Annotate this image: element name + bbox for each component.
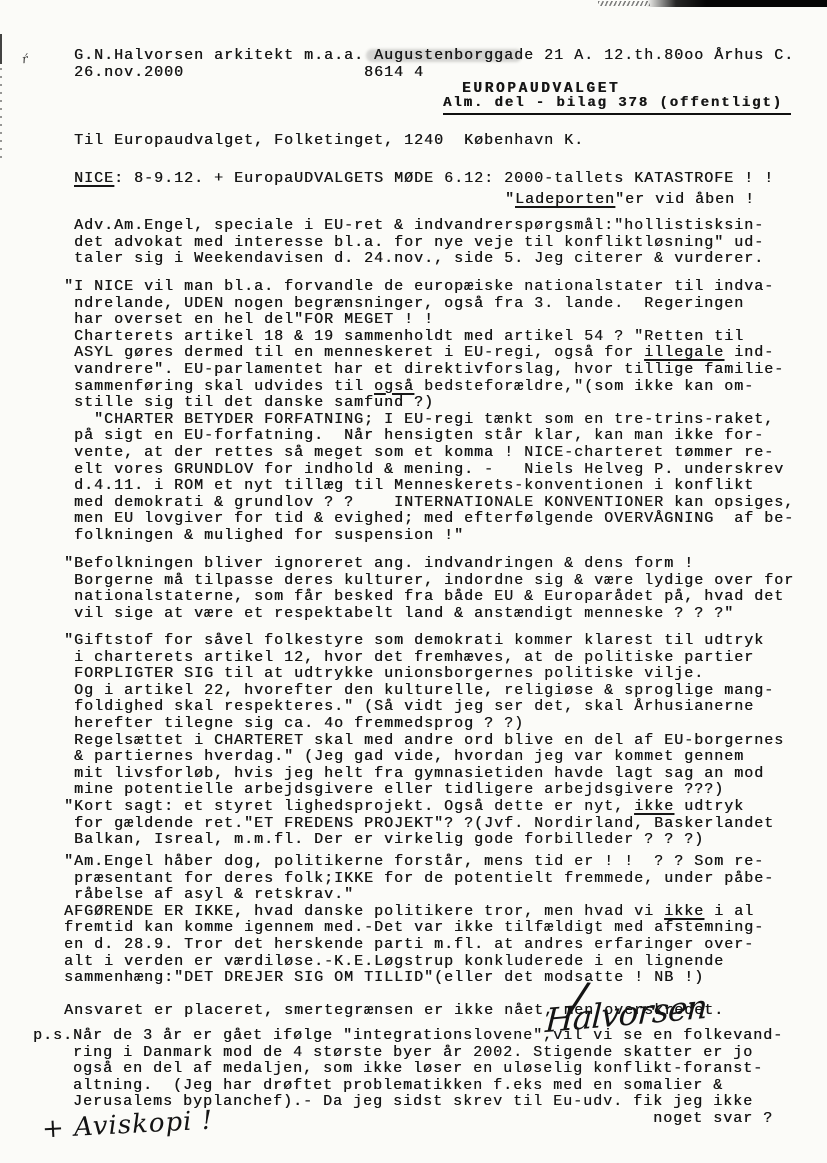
text-segment: fremtid kan komme igennem med.-Det var i…: [64, 919, 764, 936]
document-line: Regelsættet i CHARTERET skal med andre o…: [64, 733, 784, 750]
document-line: Borgerne må tilpasse deres kulturer, ind…: [64, 573, 794, 590]
document-line: 26.nov.2000 8614 4: [74, 65, 794, 82]
text-segment: for gældende ret."ET FREDENS PROJEKT"? ?…: [64, 815, 774, 832]
text-segment: mine potentielle arbejdsgivere eller tid…: [64, 781, 724, 798]
text-segment: nationalstaterne, som får besked fra båd…: [64, 588, 784, 605]
document-line: fremtid kan komme igennem med.-Det var i…: [64, 920, 774, 937]
document-line: det advokat med interesse bl.a. for nye …: [74, 235, 764, 252]
document-line: vil sige at være et respektabelt land & …: [64, 606, 794, 623]
underlined-text: Ladeporten: [515, 191, 615, 208]
text-segment: "Am.Engel håber dog, politikerne forstår…: [64, 853, 764, 870]
document-line: folkningen & mulighed for suspension !": [64, 528, 794, 545]
scan-artifact-left-edge-dots: [0, 68, 2, 160]
befolkningen-paragraph: "Befolkningen bliver ignoreret ang. indv…: [64, 556, 794, 622]
document-line: NICE: 8-9.12. + EuropaUDVALGETS MØDE 6.1…: [74, 171, 774, 188]
text-segment: Til Europaudvalget, Folketinget, 1240 Kø…: [74, 132, 584, 149]
giftstof-paragraph: "Giftstof for såvel folkestyre som demok…: [64, 633, 784, 849]
document-line: "Ladeporten"er vid åben !: [505, 192, 755, 209]
scan-artifact-top-bar-fade: [598, 1, 650, 6]
document-line: "Giftstof for såvel folkestyre som demok…: [64, 633, 784, 650]
text-segment: Charterets artikel 18 & 19 sammenholdt m…: [64, 328, 744, 345]
document-line: stille sig til det danske samfund ?): [64, 395, 794, 412]
text-segment: stille sig til det danske samfund ?): [64, 394, 434, 411]
document-line: mine potentielle arbejdsgivere eller tid…: [64, 782, 784, 799]
document-line: Balkan, Isreal, m.m.fl. Der er virkelig …: [64, 832, 784, 849]
sender-header: G.N.Halvorsen arkitekt m.a.a. Augustenbo…: [74, 48, 794, 81]
document-line: d.4.11. i ROM et nyt tillæg til Menneske…: [64, 478, 794, 495]
text-segment: ndrelande, UDEN nogen begrænsninger, ogs…: [64, 295, 744, 312]
text-segment: Alm. del - bilag 378 (offentligt): [443, 95, 783, 111]
committee-stamp-ref: Alm. del - bilag 378 (offentligt): [443, 96, 791, 115]
text-segment: råbelse af asyl & retskrav.": [64, 886, 354, 903]
document-line: vente, at der rettes så meget som et kom…: [64, 445, 794, 462]
document-line: ring i Danmark mod de 4 største byer år …: [33, 1045, 783, 1062]
document-line: med demokrati & grundlov ? ? INTERNATION…: [64, 495, 794, 512]
text-segment: "er vid åben !: [615, 191, 755, 208]
text-segment: ": [505, 191, 515, 208]
text-segment: på sigt en EU-forfatning. Når hensigten …: [64, 427, 764, 444]
subject-subline: "Ladeporten"er vid åben !: [505, 192, 755, 209]
text-segment: en d. 28.9. Tror det herskende parti m.f…: [64, 936, 754, 953]
recipient-line: Til Europaudvalget, Folketinget, 1240 Kø…: [74, 133, 584, 150]
document-line: ndrelande, UDEN nogen begrænsninger, ogs…: [64, 296, 794, 313]
scan-artifact-top-bar: [646, 0, 827, 7]
document-line: præsentant for deres folk;IKKE for de po…: [64, 871, 774, 888]
underlined-text: illegale: [644, 344, 724, 361]
text-segment: & partiernes hverdag." (Jeg gad vide, hv…: [64, 748, 744, 765]
text-segment: herefter tilegne sig ca. 4o fremmedsprog…: [64, 715, 524, 732]
underlined-text: også: [374, 378, 414, 395]
document-line: har overset en hel del"FOR MEGET ! !: [64, 312, 794, 329]
document-line: for gældende ret."ET FREDENS PROJEKT"? ?…: [64, 816, 784, 833]
letter-body: G.N.Halvorsen arkitekt m.a.a. Augustenbo…: [0, 0, 827, 1163]
scanned-letter-page: { "page": { "background": "#fbfbf8", "in…: [0, 0, 827, 1163]
document-line: en d. 28.9. Tror det herskende parti m.f…: [64, 937, 774, 954]
text-segment: folkningen & mulighed for suspension !": [64, 527, 464, 544]
text-segment: alt i verden er værdiløse.-K.E.Løgstrup …: [64, 953, 724, 970]
text-segment: : 8-9.12. + EuropaUDVALGETS MØDE 6.12: 2…: [114, 170, 774, 187]
document-line: sammenføring skal udvides til også bedst…: [64, 379, 794, 396]
text-segment: sammenhæng:"DET DREJER SIG OM TILLID"(el…: [64, 969, 704, 986]
text-segment: ring i Danmark mod de 4 største byer år …: [33, 1044, 753, 1061]
text-segment: G.N.Halvorsen arkitekt m.a.a. Augustenbo…: [74, 47, 794, 64]
document-line: Til Europaudvalget, Folketinget, 1240 Kø…: [74, 133, 584, 150]
text-segment: taler sig i Weekendavisen d. 24.nov., si…: [74, 250, 764, 267]
text-segment: det advokat med interesse bl.a. for nye …: [74, 234, 764, 251]
document-line: foldighed skal respekteres." (Så vidt je…: [64, 699, 784, 716]
text-segment: "Befolkningen bliver ignoreret ang. indv…: [64, 555, 694, 572]
text-segment: Balkan, Isreal, m.m.fl. Der er virkelig …: [64, 831, 704, 848]
text-segment: ind-: [724, 344, 774, 361]
text-segment: i al: [704, 903, 754, 920]
text-segment: Regelsættet i CHARTERET skal med andre o…: [64, 732, 784, 749]
text-segment: Adv.Am.Engel, speciale i EU-ret & indvan…: [74, 217, 764, 234]
intro-paragraph: Adv.Am.Engel, speciale i EU-ret & indvan…: [74, 218, 764, 268]
document-line: G.N.Halvorsen arkitekt m.a.a. Augustenbo…: [74, 48, 794, 65]
underlined-text: ikke: [634, 798, 674, 815]
document-line: Charterets artikel 18 & 19 sammenholdt m…: [64, 329, 794, 346]
handwritten-margin-mark: ŕ: [21, 52, 29, 67]
document-line: på sigt en EU-forfatning. Når hensigten …: [64, 428, 794, 445]
document-line: "Kort sagt: et styret lighedsprojekt. Og…: [64, 799, 784, 816]
text-segment: "Kort sagt: et styret lighedsprojekt. Og…: [64, 798, 634, 815]
text-segment: med demokrati & grundlov ? ? INTERNATION…: [64, 494, 794, 511]
document-line: herefter tilegne sig ca. 4o fremmedsprog…: [64, 716, 784, 733]
underlined-text: NICE: [74, 170, 114, 187]
document-line: altning. (Jeg har drøftet problematikken…: [33, 1078, 783, 1095]
text-segment: også en del af medaljen, som ikke løser …: [33, 1060, 763, 1077]
text-segment: i charterets artikel 12, hvor det fremhæ…: [64, 649, 754, 666]
text-segment: ASYL gøres dermed til en menneskeret i E…: [64, 344, 644, 361]
document-line: mit livsforløb, hvis jeg helt fra gymnas…: [64, 766, 784, 783]
text-segment: vandrere". EU-parlamentet har et direkti…: [64, 361, 784, 378]
text-segment: vil sige at være et respektabelt land & …: [64, 605, 734, 622]
text-segment: "Giftstof for såvel folkestyre som demok…: [64, 632, 764, 649]
text-segment: p.s.Når de 3 år er gået ifølge "integrat…: [33, 1027, 783, 1044]
nice-quote-paragraph: "I NICE vil man bl.a. forvandle de europ…: [64, 279, 794, 545]
document-line: men EU lovgiver for tid & evighed; med e…: [64, 511, 794, 528]
subject-line: NICE: 8-9.12. + EuropaUDVALGETS MØDE 6.1…: [74, 171, 774, 188]
text-segment: Borgerne må tilpasse deres kulturer, ind…: [64, 572, 794, 589]
document-line: alt i verden er værdiløse.-K.E.Løgstrup …: [64, 954, 774, 971]
document-line: & partiernes hverdag." (Jeg gad vide, hv…: [64, 749, 784, 766]
document-line: nationalstaterne, som får besked fra båd…: [64, 589, 794, 606]
document-line: ASYL gøres dermed til en menneskeret i E…: [64, 345, 794, 362]
document-line: "I NICE vil man bl.a. forvandle de europ…: [64, 279, 794, 296]
text-segment: AFGØRENDE ER IKKE, hvad danske politiker…: [64, 903, 664, 920]
text-segment: udtryk: [674, 798, 744, 815]
document-line: taler sig i Weekendavisen d. 24.nov., si…: [74, 251, 764, 268]
text-segment: sammenføring skal udvides til: [64, 378, 374, 395]
text-segment: Og i artikel 22, hvorefter den kulturell…: [64, 682, 774, 699]
text-segment: præsentant for deres folk;IKKE for de po…: [64, 870, 774, 887]
text-segment: d.4.11. i ROM et nyt tillæg til Menneske…: [64, 477, 754, 494]
text-segment: "I NICE vil man bl.a. forvandle de europ…: [64, 278, 774, 295]
text-segment: elt vores GRUNDLOV for indhold & mening.…: [64, 461, 784, 478]
document-line: sammenhæng:"DET DREJER SIG OM TILLID"(el…: [64, 970, 774, 987]
document-line: også en del af medaljen, som ikke løser …: [33, 1061, 783, 1078]
document-line: råbelse af asyl & retskrav.": [64, 887, 774, 904]
document-line: Og i artikel 22, hvorefter den kulturell…: [64, 683, 784, 700]
document-line: FORPLIGTER SIG til at udtrykke unionsbor…: [64, 666, 784, 683]
document-line: elt vores GRUNDLOV for indhold & mening.…: [64, 462, 794, 479]
text-segment: vente, at der rettes så meget som et kom…: [64, 444, 774, 461]
amengel-paragraph: "Am.Engel håber dog, politikerne forstår…: [64, 854, 774, 987]
document-line: "CHARTER BETYDER FORFATNING; I EU-regi t…: [64, 412, 794, 429]
text-segment: FORPLIGTER SIG til at udtrykke unionsbor…: [64, 665, 704, 682]
document-line: Alm. del - bilag 378 (offentligt): [443, 96, 783, 111]
document-line: AFGØRENDE ER IKKE, hvad danske politiker…: [64, 904, 774, 921]
text-segment: altning. (Jeg har drøftet problematikken…: [33, 1077, 723, 1094]
document-line: i charterets artikel 12, hvor det fremhæ…: [64, 650, 784, 667]
text-segment: Jerusalems byplanchef).- Da jeg sidst sk…: [33, 1093, 753, 1110]
document-line: vandrere". EU-parlamentet har et direkti…: [64, 362, 794, 379]
text-segment: "CHARTER BETYDER FORFATNING; I EU-regi t…: [64, 411, 774, 428]
text-segment: 26.nov.2000 8614 4: [74, 64, 424, 81]
text-segment: har overset en hel del"FOR MEGET ! !: [64, 311, 434, 328]
document-line: p.s.Når de 3 år er gået ifølge "integrat…: [33, 1028, 783, 1045]
underlined-text: ikke: [664, 903, 704, 920]
document-line: Adv.Am.Engel, speciale i EU-ret & indvan…: [74, 218, 764, 235]
text-segment: mit livsforløb, hvis jeg helt fra gymnas…: [64, 765, 764, 782]
text-segment: men EU lovgiver for tid & evighed; med e…: [64, 510, 794, 527]
scan-artifact-left-edge-line: [0, 34, 2, 64]
document-line: "Befolkningen bliver ignoreret ang. indv…: [64, 556, 794, 573]
text-segment: foldighed skal respekteres." (Så vidt je…: [64, 698, 754, 715]
document-line: "Am.Engel håber dog, politikerne forstår…: [64, 854, 774, 871]
text-segment: bedsteforældre,"(som ikke kan om-: [414, 378, 754, 395]
